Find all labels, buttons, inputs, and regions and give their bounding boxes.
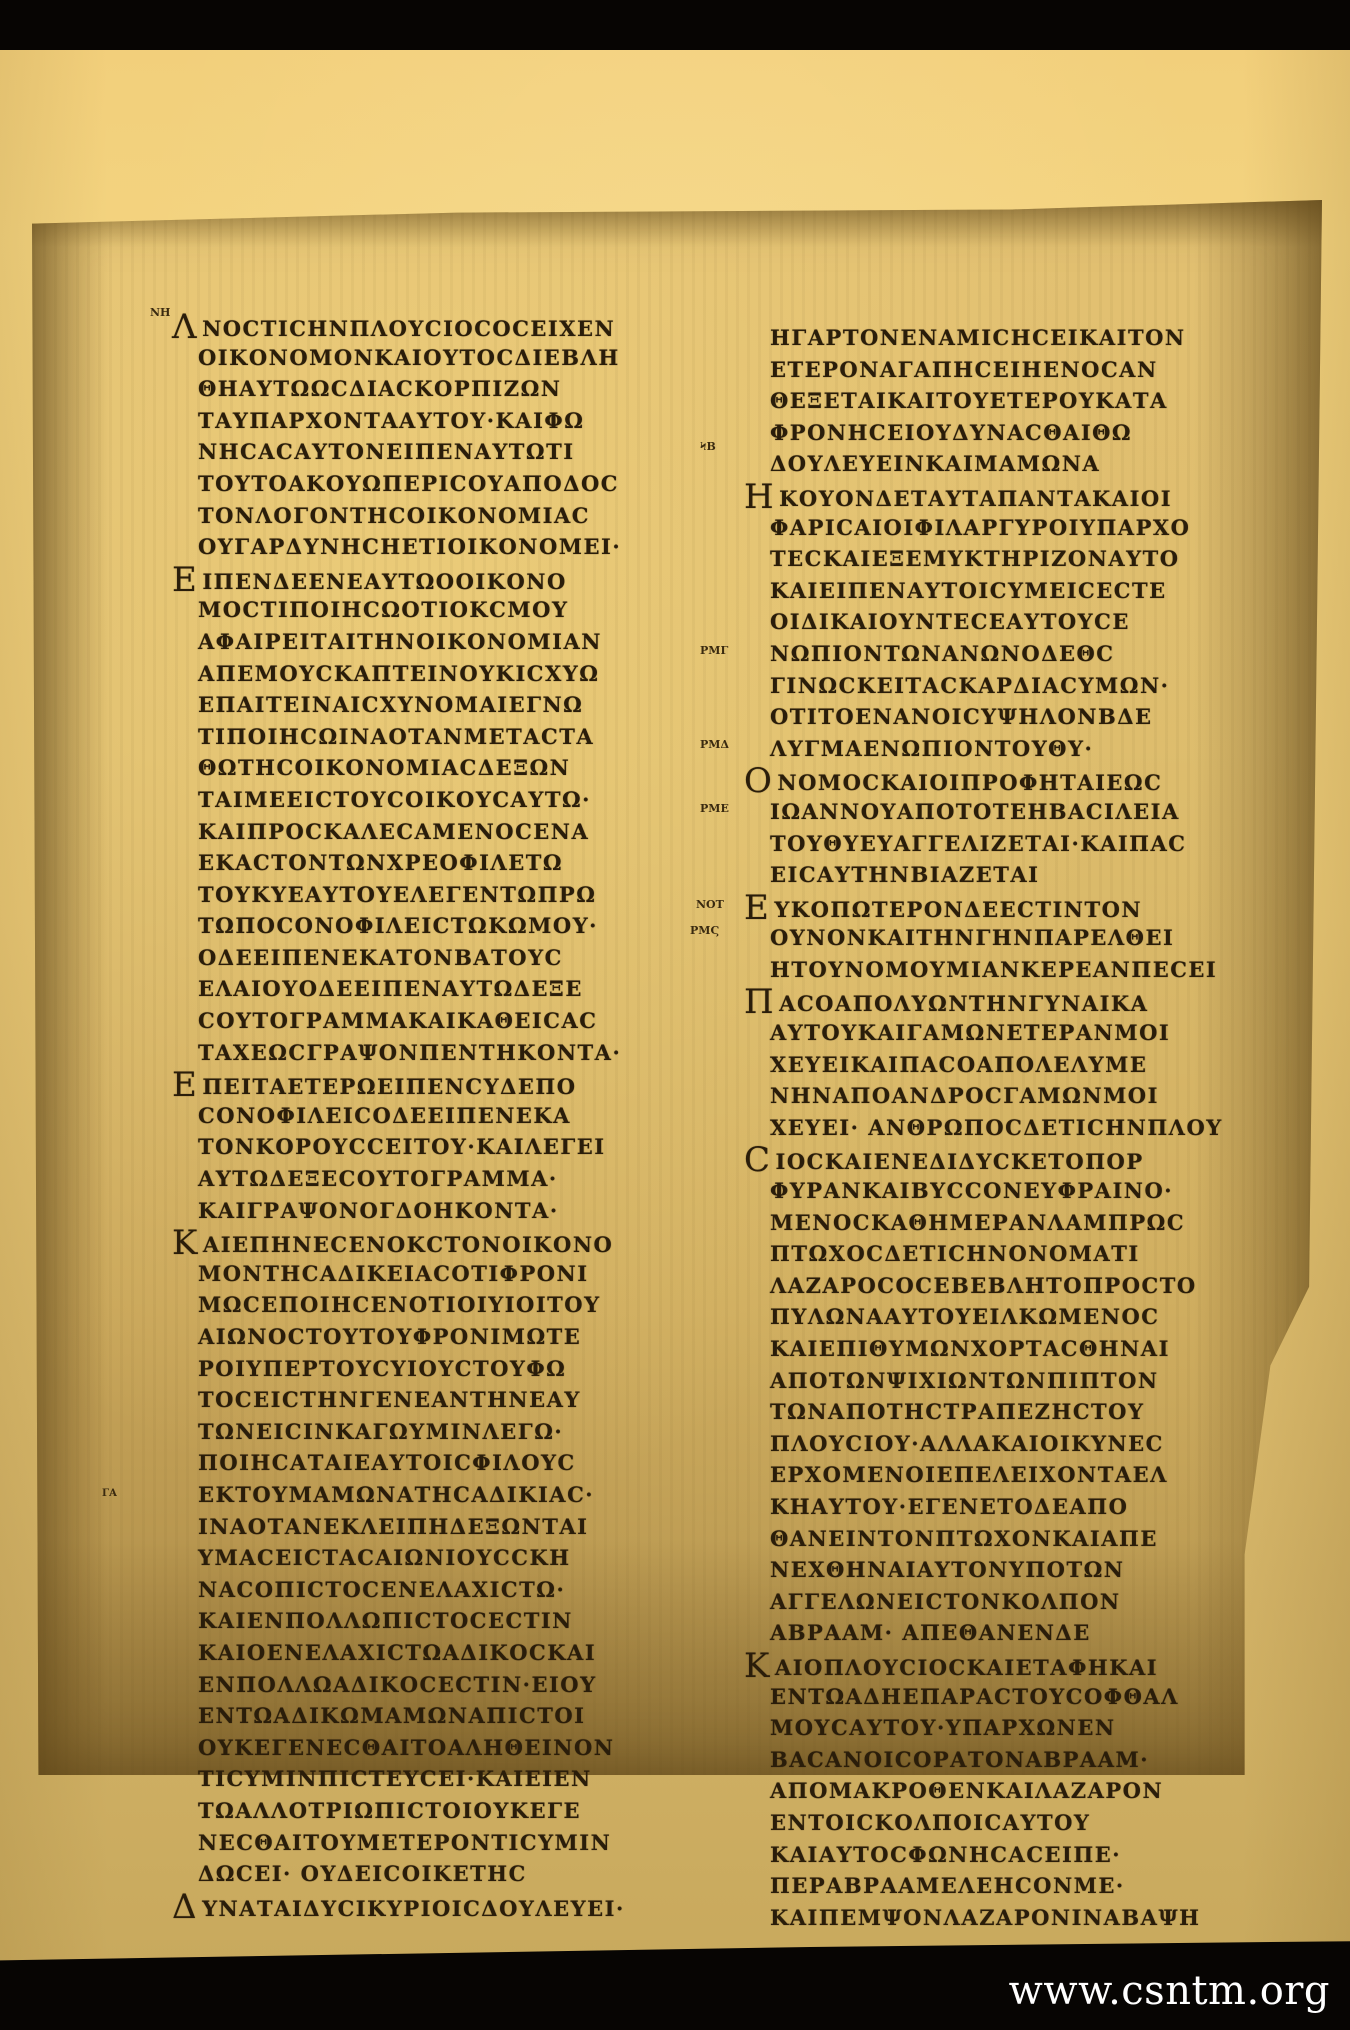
text-line: ΤΟCΕΙCΤΗΝΓΕΝΕΑΝΤΗΝΕΑΥ bbox=[198, 1384, 625, 1416]
line-text: ΤΟCΕΙCΤΗΝΓΕΝΕΑΝΤΗΝΕΑΥ bbox=[198, 1387, 581, 1412]
line-text: ΚΟΥΟΝΔΕΤΑΥΤΑΠΑΝΤΑΚΑΙΟΙ bbox=[779, 486, 1172, 511]
line-text: ΤΑΙΜΕΕΙCΤΟΥCΟΙΚΟΥCΑΥΤΩ· bbox=[198, 787, 591, 812]
line-text: ΟΥΝΟΝΚΑΙΤΗΝΓΗΝΠΑΡΕΛΘΕΙ bbox=[770, 925, 1174, 950]
text-line: ΤΟΝΚΟΡΟΥCCΕΙΤΟΥ·ΚΑΙΛΕΓΕΙ bbox=[198, 1131, 625, 1163]
line-text: ΟΥΚΕΓΕΝΕCΘΑΙΤΟΑΛΗΘΕΙΝΟΝ bbox=[198, 1735, 614, 1760]
line-text: ΘΗΑΥΤΩΩCΔΙΑCΚΟΡΠΙΖΩΝ bbox=[198, 376, 561, 401]
text-line: ΤΩΠΟCΟΝΟΦΙΛΕΙCΤΩΚΩΜΟΥ· bbox=[198, 910, 625, 942]
text-line: ΤΟΥΤΟΑΚΟΥΩΠΕΡΙCΟΥΑΠΟΔΟC bbox=[198, 468, 625, 500]
line-text: ΜΟΥCΑΥΤΟΥ·ΥΠΑΡΧΩΝΕΝ bbox=[770, 1715, 1116, 1740]
line-text: ΠΤΩΧΟCΔΕΤΙCΗΝΟΝΟΜΑΤΙ bbox=[770, 1241, 1140, 1266]
initial-letter: Δ bbox=[172, 1892, 198, 1924]
line-text: ΤΕCΚΑΙΕΞΕΜΥΚΤΗΡΙΖΟΝΑΥΤΟ bbox=[770, 546, 1180, 571]
line-text: ΕΚΑCΤΟΝΤΩΝΧΡΕΟΦΙΛΕΤΩ bbox=[198, 850, 563, 875]
text-line: ΧΕΥΕΙΚΑΙΠΑCΟΑΠΟΛΕΛΥΜΕ bbox=[770, 1049, 1223, 1081]
text-line: ΟΥΚΕΓΕΝΕCΘΑΙΤΟΑΛΗΘΕΙΝΟΝ bbox=[198, 1732, 625, 1764]
text-line: ΚΑΙΕΠΗΝΕCΕΝΟΚCΤΟΝΟΙΚΟΝΟ bbox=[172, 1226, 625, 1258]
text-line: ΛΑΖΑΡΟCΟCΕΒΕΒΛΗΤΟΠΡΟCΤΟ bbox=[770, 1270, 1223, 1302]
text-line: ΠΕΡΑΒΡΑΑΜΕΛΕΗCΟΝΜΕ· bbox=[770, 1870, 1223, 1902]
text-line: ΘΩΤΗCΟΙΚΟΝΟΜΙΑCΔΕΞΩΝ bbox=[198, 752, 625, 784]
line-text: ΚΑΙΕΝΠΟΛΛΩΠΙCΤΟCΕCΤΙΝ bbox=[198, 1608, 573, 1633]
text-line: ΡΟΙΥΠΕΡΤΟΥCΥΙΟΥCΤΟΥΦΩ bbox=[198, 1353, 625, 1385]
line-text: ΘΑΝΕΙΝΤΟΝΠΤΩΧΟΝΚΑΙΑΠΕ bbox=[770, 1526, 1158, 1551]
text-line: ΜΕΝΟCΚΑΘΗΜΕΡΑΝΛΑΜΠΡΩC bbox=[770, 1207, 1223, 1239]
text-line: ΑΓΓΕΛΩΝΕΙCΤΟΝΚΟΛΠΟΝ bbox=[770, 1586, 1223, 1618]
line-text: ΤΟΥΘΥΕΥΑΓΓΕΛΙΖΕΤΑΙ·ΚΑΙΠΑC bbox=[770, 831, 1187, 856]
initial-letter: Π bbox=[744, 987, 775, 1019]
line-text: ΠΛΟΥCΙΟΥ·ΑΛΛΑΚΑΙΟΙΚΥΝΕC bbox=[770, 1431, 1164, 1456]
line-text: ΠΟΙΗCΑΤΑΙΕΑΥΤΟΙCΦΙΛΟΥC bbox=[198, 1450, 576, 1475]
line-text: ΤΩΠΟCΟΝΟΦΙΛΕΙCΤΩΚΩΜΟΥ· bbox=[198, 913, 598, 938]
line-text: ΡΟΙΥΠΕΡΤΟΥCΥΙΟΥCΤΟΥΦΩ bbox=[198, 1356, 566, 1381]
text-line: ΘΕΞΕΤΑΙΚΑΙΤΟΥΕΤΕΡΟΥΚΑΤΑ bbox=[770, 385, 1223, 417]
line-text: ΑΠΕΜΟΥCΚΑΠΤΕΙΝΟΥΚΙCΧΥΩ bbox=[198, 661, 599, 686]
line-text: ΗΤΟΥΝΟΜΟΥΜΙΑΝΚΕΡΕΑΝΠΕCΕΙ bbox=[770, 957, 1217, 982]
line-text: ΚΑΙΠΕΜΨΟΝΛΑΖΑΡΟΝΙΝΑΒΑΨΗ bbox=[770, 1905, 1200, 1930]
line-text: ΕΝΤΩΑΔΙΚΩΜΑΜΩΝΑΠΙCΤΟΙ bbox=[198, 1703, 585, 1728]
line-text: ΕΙCΑΥΤΗΝΒΙΑΖΕΤΑΙ bbox=[770, 862, 1039, 887]
text-line: CΟΝΟΦΙΛΕΙCΟΔΕΕΙΠΕΝΕΚΑ bbox=[198, 1100, 625, 1132]
line-text: ΕΤΕΡΟΝΑΓΑΠΗCΕΙΗΕΝΟCΑΝ bbox=[770, 357, 1158, 382]
margin-section-number: ΝΟΤ bbox=[696, 898, 724, 911]
text-line: ΤΙΠΟΙΗCΩΙΝΑΟΤΑΝΜΕΤΑCΤΑ bbox=[198, 721, 625, 753]
text-line: ΕΙΠΕΝΔΕΕΝΕΑΥΤΩΟΟΙΚΟΝΟ bbox=[172, 563, 625, 595]
text-line: ΚΑΙΑΥΤΟCΦΩΝΗCΑCΕΙΠΕ· bbox=[770, 1839, 1223, 1871]
initial-letter: Λ bbox=[172, 312, 198, 344]
text-line: ΤΑΙΜΕΕΙCΤΟΥCΟΙΚΟΥCΑΥΤΩ· bbox=[198, 784, 625, 816]
text-line: ΝΕΧΘΗΝΑΙΑΥΤΟΝΥΠΟΤΩΝ bbox=[770, 1554, 1223, 1586]
line-text: ΧΕΥΕΙΚΑΙΠΑCΟΑΠΟΛΕΛΥΜΕ bbox=[770, 1052, 1147, 1077]
text-line: ΕΠΕΙΤΑΕΤΕΡΩΕΙΠΕΝCΥΔΕΠΟ bbox=[172, 1068, 625, 1100]
text-line: ΕΝΤΟΙCΚΟΛΠΟΙCΑΥΤΟΥ bbox=[770, 1807, 1223, 1839]
line-text: ΚΑΙΟΕΝΕΛΑΧΙCΤΩΑΔΙΚΟCΚΑΙ bbox=[198, 1640, 596, 1665]
line-text: ΠΕΡΑΒΡΑΑΜΕΛΕΗCΟΝΜΕ· bbox=[770, 1873, 1125, 1898]
line-text: ΕΝΤΟΙCΚΟΛΠΟΙCΑΥΤΟΥ bbox=[770, 1810, 1090, 1835]
text-line: ΕΠΑΙΤΕΙΝΑΙCΧΥΝΟΜΑΙΕΓΝΩ bbox=[198, 689, 625, 721]
line-text: ΧΕΥΕΙ· ΑΝΘΡΩΠΟCΔΕΤΙCΗΝΠΛΟΥ bbox=[770, 1115, 1223, 1140]
line-text: ΚΗΑΥΤΟΥ·ΕΓΕΝΕΤΟΔΕΑΠΟ bbox=[770, 1494, 1128, 1519]
text-line: ΑΒΡΑΑΜ· ΑΠΕΘΑΝΕΝΔΕ bbox=[770, 1617, 1223, 1649]
margin-section-number: ΡΜΓ bbox=[700, 644, 728, 657]
text-line: ΑΠΟΜΑΚΡΟΘΕΝΚΑΙΛΑΖΑΡΟΝ bbox=[770, 1775, 1223, 1807]
line-text: ΛΥΓΜΑΕΝΩΠΙΟΝΤΟΥΘΥ· bbox=[770, 736, 1093, 761]
text-line: ΝΕCΘΑΙΤΟΥΜΕΤΕΡΟΝΤΙCΥΜΙΝ bbox=[198, 1827, 625, 1859]
watermark-url: www.csntm.org bbox=[1009, 1968, 1330, 2014]
line-text: ΚΑΙΕΙΠΕΝΑΥΤΟΙCΥΜΕΙCΕCΤΕ bbox=[770, 578, 1167, 603]
text-line: ΘΑΝΕΙΝΤΟΝΠΤΩΧΟΝΚΑΙΑΠΕ bbox=[770, 1523, 1223, 1555]
text-line: ΚΑΙΠΡΟCΚΑΛΕCΑΜΕΝΟCΕΝΑ bbox=[198, 816, 625, 848]
line-text: ΑΠΟΤΩΝΨΙΧΙΩΝΤΩΝΠΙΠΤΟΝ bbox=[770, 1368, 1159, 1393]
line-text: ΥΝΑΤΑΙΔΥCΙΚΥΡΙΟΙCΔΟΥΛΕΥΕΙ· bbox=[202, 1896, 625, 1921]
text-line: ΟΝΟΜΟCΚΑΙΟΙΠΡΟΦΗΤΑΙΕΩC bbox=[744, 764, 1223, 796]
line-text: ΜΕΝΟCΚΑΘΗΜΕΡΑΝΛΑΜΠΡΩC bbox=[770, 1210, 1185, 1235]
text-line: ΛΝΟCΤΙCΗΝΠΛΟΥCΙΟCΟCΕΙΧΕΝ bbox=[172, 310, 625, 342]
text-line: ΑΦΑΙΡΕΙΤΑΙΤΗΝΟΙΚΟΝΟΜΙΑΝ bbox=[198, 626, 625, 658]
text-line: ΔΟΥΛΕΥΕΙΝΚΑΙΜΑΜΩΝΑ bbox=[770, 448, 1223, 480]
line-text: ΓΙΝΩCΚΕΙΤΑCΚΑΡΔΙΑCΥΜΩΝ· bbox=[770, 673, 1169, 698]
line-text: ΑΥΤΟΥΚΑΙΓΑΜΩΝΕΤΕΡΑΝΜΟΙ bbox=[770, 1020, 1170, 1045]
line-text: ΚΑΙΑΥΤΟCΦΩΝΗCΑCΕΙΠΕ· bbox=[770, 1842, 1121, 1867]
text-line: ΕΚΤΟΥΜΑΜΩΝΑΤΗCΑΔΙΚΙΑC· bbox=[198, 1479, 625, 1511]
line-text: ΙΟCΚΑΙΕΝΕΔΙΔΥCΚΕΤΟΠΟΡ bbox=[776, 1149, 1144, 1174]
initial-letter: Ε bbox=[744, 893, 770, 925]
line-text: ΔΩCΕΙ· ΟΥΔΕΙCΟΙΚΕΤΗC bbox=[198, 1861, 527, 1886]
text-line: ΤΩΝΑΠΟΤΗCΤΡΑΠΕΖΗCΤΟΥ bbox=[770, 1396, 1223, 1428]
line-text: ΝΗCΑCΑΥΤΟΝΕΙΠΕΝΑΥΤΩΤΙ bbox=[198, 439, 575, 464]
text-line: ΠΥΛΩΝΑΑΥΤΟΥΕΙΛΚΩΜΕΝΟC bbox=[770, 1301, 1223, 1333]
line-text: ΔΟΥΛΕΥΕΙΝΚΑΙΜΑΜΩΝΑ bbox=[770, 451, 1100, 476]
text-line: ΕΚΑCΤΟΝΤΩΝΧΡΕΟΦΙΛΕΤΩ bbox=[198, 847, 625, 879]
text-line: ΟΔΕΕΙΠΕΝΕΚΑΤΟΝΒΑΤΟΥC bbox=[198, 942, 625, 974]
text-line: ΚΑΙΕΝΠΟΛΛΩΠΙCΤΟCΕCΤΙΝ bbox=[198, 1605, 625, 1637]
line-text: ΑΥΤΩΔΕΞΕCΟΥΤΟΓΡΑΜΜΑ· bbox=[198, 1166, 558, 1191]
text-line: CΙΟCΚΑΙΕΝΕΔΙΔΥCΚΕΤΟΠΟΡ bbox=[744, 1143, 1223, 1175]
text-line: ΙΩΑΝΝΟΥΑΠΟΤΟΤΕΗΒΑCΙΛΕΙΑ bbox=[770, 796, 1223, 828]
text-line: ΗΤΟΥΝΟΜΟΥΜΙΑΝΚΕΡΕΑΝΠΕCΕΙ bbox=[770, 954, 1223, 986]
text-line: ΜΩCΕΠΟΙΗCΕΝΟΤΙΟΙΥΙΟΙΤΟΥ bbox=[198, 1289, 625, 1321]
line-text: ΟΙΔΙΚΑΙΟΥΝΤΕCΕΑΥΤΟΥCΕ bbox=[770, 609, 1130, 634]
line-text: ΕΛΑΙΟΥΟΔΕΕΙΠΕΝΑΥΤΩΔΕΞΕ bbox=[198, 976, 583, 1001]
line-text: ΟΥΓΑΡΔΥΝΗCΗΕΤΙΟΙΚΟΝΟΜΕΙ· bbox=[198, 534, 621, 559]
line-text: ΗΓΑΡΤΟΝΕΝΑΜΙCΗCΕΙΚΑΙΤΟΝ bbox=[770, 325, 1186, 350]
text-line: ΚΑΙΠΕΜΨΟΝΛΑΖΑΡΟΝΙΝΑΒΑΨΗ bbox=[770, 1902, 1223, 1934]
line-text: ΑΙΟΠΛΟΥCΙΟCΚΑΙΕΤΑΦΗΚΑΙ bbox=[775, 1655, 1158, 1680]
line-text: ΝΗΝΑΠΟΑΝΔΡΟCΓΑΜΩΝΜΟΙ bbox=[770, 1083, 1159, 1108]
text-line: ΚΑΙΕΠΙΘΥΜΩΝΧΟΡΤΑCΘΗΝΑΙ bbox=[770, 1333, 1223, 1365]
text-line: ΟΥΓΑΡΔΥΝΗCΗΕΤΙΟΙΚΟΝΟΜΕΙ· bbox=[198, 531, 625, 563]
text-line: ΝΩΠΙΟΝΤΩΝΑΝΩΝΟΔΕΘC bbox=[770, 638, 1223, 670]
line-text: ΑΠΟΜΑΚΡΟΘΕΝΚΑΙΛΑΖΑΡΟΝ bbox=[770, 1778, 1163, 1803]
text-line: ΕΡΧΟΜΕΝΟΙΕΠΕΛΕΙΧΟΝΤΑΕΛ bbox=[770, 1459, 1223, 1491]
line-text: ΟΙΚΟΝΟΜΟΝΚΑΙΟΥΤΟCΔΙΕΒΛΗ bbox=[198, 345, 620, 370]
margin-section-number: ΓΑ bbox=[102, 1488, 117, 1499]
margin-section-number: ϞΒ bbox=[700, 440, 716, 453]
text-line: ΤΟΥΚΥΕΑΥΤΟΥΕΛΕΓΕΝΤΩΠΡΩ bbox=[198, 879, 625, 911]
text-line: ΕΝΤΩΑΔΗΕΠΑΡΑCΤΟΥCΟΦΘΑΛ bbox=[770, 1681, 1223, 1713]
text-line: ΑΠΕΜΟΥCΚΑΠΤΕΙΝΟΥΚΙCΧΥΩ bbox=[198, 658, 625, 690]
line-text: ΝΩΠΙΟΝΤΩΝΑΝΩΝΟΔΕΘC bbox=[770, 641, 1115, 666]
line-text: ΙΠΕΝΔΕΕΝΕΑΥΤΩΟΟΙΚΟΝΟ bbox=[202, 569, 566, 594]
text-line: ΚΗΑΥΤΟΥ·ΕΓΕΝΕΤΟΔΕΑΠΟ bbox=[770, 1491, 1223, 1523]
text-line: ΕΝΠΟΛΛΩΑΔΙΚΟCΕCΤΙΝ·ΕΙΟΥ bbox=[198, 1669, 625, 1701]
line-text: ΙΩΑΝΝΟΥΑΠΟΤΟΤΕΗΒΑCΙΛΕΙΑ bbox=[770, 799, 1180, 824]
line-text: ΚΑΙΠΡΟCΚΑΛΕCΑΜΕΝΟCΕΝΑ bbox=[198, 819, 589, 844]
line-text: ΑΓΓΕΛΩΝΕΙCΤΟΝΚΟΛΠΟΝ bbox=[770, 1589, 1121, 1614]
margin-section-number: ΡΜϚ bbox=[690, 924, 719, 937]
text-line: ΕΥΚΟΠΩΤΕΡΟΝΔΕΕCΤΙΝΤΟΝ bbox=[744, 891, 1223, 923]
line-text: ΕΚΤΟΥΜΑΜΩΝΑΤΗCΑΔΙΚΙΑC· bbox=[198, 1482, 594, 1507]
text-line: ΠΟΙΗCΑΤΑΙΕΑΥΤΟΙCΦΙΛΟΥC bbox=[198, 1447, 625, 1479]
text-line: ΑΥΤΩΔΕΞΕCΟΥΤΟΓΡΑΜΜΑ· bbox=[198, 1163, 625, 1195]
line-text: ΒΑCΑΝΟΙCΟΡΑΤΟΝΑΒΡΑΑΜ· bbox=[770, 1747, 1149, 1772]
text-line: ΠΑCΟΑΠΟΛΥΩΝΤΗΝΓΥΝΑΙΚΑ bbox=[744, 985, 1223, 1017]
line-text: ΠΕΙΤΑΕΤΕΡΩΕΙΠΕΝCΥΔΕΠΟ bbox=[202, 1074, 576, 1099]
line-text: ΤΟΥΤΟΑΚΟΥΩΠΕΡΙCΟΥΑΠΟΔΟC bbox=[198, 471, 619, 496]
text-line: ΕΝΤΩΑΔΙΚΩΜΑΜΩΝΑΠΙCΤΟΙ bbox=[198, 1700, 625, 1732]
line-text: ΙΝΑΟΤΑΝΕΚΛΕΙΠΗΔΕΞΩΝΤΑΙ bbox=[198, 1514, 588, 1539]
text-line: ΘΗΑΥΤΩΩCΔΙΑCΚΟΡΠΙΖΩΝ bbox=[198, 373, 625, 405]
line-text: ΦΑΡΙCΑΙΟΙΦΙΛΑΡΓΥΡΟΙΥΠΑΡΧΟ bbox=[770, 515, 1190, 540]
line-text: ΑΦΑΙΡΕΙΤΑΙΤΗΝΟΙΚΟΝΟΜΙΑΝ bbox=[198, 629, 602, 654]
initial-letter: Κ bbox=[744, 1651, 771, 1683]
text-line: ΤΟΥΘΥΕΥΑΓΓΕΛΙΖΕΤΑΙ·ΚΑΙΠΑC bbox=[770, 828, 1223, 860]
line-text: ΘΩΤΗCΟΙΚΟΝΟΜΙΑCΔΕΞΩΝ bbox=[198, 755, 570, 780]
text-line: ΤΕCΚΑΙΕΞΕΜΥΚΤΗΡΙΖΟΝΑΥΤΟ bbox=[770, 543, 1223, 575]
text-line: ΧΕΥΕΙ· ΑΝΘΡΩΠΟCΔΕΤΙCΗΝΠΛΟΥ bbox=[770, 1112, 1223, 1144]
text-line: ΕΙCΑΥΤΗΝΒΙΑΖΕΤΑΙ bbox=[770, 859, 1223, 891]
left-text-column: ΛΝΟCΤΙCΗΝΠΛΟΥCΙΟCΟCΕΙΧΕΝΟΙΚΟΝΟΜΟΝΚΑΙΟΥΤΟ… bbox=[198, 310, 625, 1921]
line-text: ΑΙΩΝΟCΤΟΥΤΟΥΦΡΟΝΙΜΩΤΕ bbox=[198, 1324, 581, 1349]
line-text: ΤΩΑΛΛΟΤΡΙΩΠΙCΤΟΙΟΥΚΕΓΕ bbox=[198, 1798, 581, 1823]
margin-section-number: ΝΗ bbox=[150, 306, 170, 319]
line-text: ΝΟΜΟCΚΑΙΟΙΠΡΟΦΗΤΑΙΕΩC bbox=[777, 770, 1162, 795]
text-line: ΤΑΥΠΑΡΧΟΝΤΑΑΥΤΟΥ·ΚΑΙΦΩ bbox=[198, 405, 625, 437]
text-line: ΝΑCΟΠΙCΤΟCΕΝΕΛΑΧΙCΤΩ· bbox=[198, 1574, 625, 1606]
line-text: ΤΙCΥΜΙΝΠΙCΤΕΥCΕΙ·ΚΑΙΕΙΕΝ bbox=[198, 1766, 592, 1791]
line-text: ΑΙΕΠΗΝΕCΕΝΟΚCΤΟΝΟΙΚΟΝΟ bbox=[203, 1232, 613, 1257]
text-line: ΛΥΓΜΑΕΝΩΠΙΟΝΤΟΥΘΥ· bbox=[770, 733, 1223, 765]
text-line: ΜΟΝΤΗCΑΔΙΚΕΙΑCΟΤΙΦΡΟΝΙ bbox=[198, 1258, 625, 1290]
text-line: ΗΚΟΥΟΝΔΕΤΑΥΤΑΠΑΝΤΑΚΑΙΟΙ bbox=[744, 480, 1223, 512]
text-line: ΗΓΑΡΤΟΝΕΝΑΜΙCΗCΕΙΚΑΙΤΟΝ bbox=[770, 322, 1223, 354]
line-text: ΝΑCΟΠΙCΤΟCΕΝΕΛΑΧΙCΤΩ· bbox=[198, 1577, 565, 1602]
line-text: CΟΥΤΟΓΡΑΜΜΑΚΑΙΚΑΘΕΙCΑC bbox=[198, 1008, 597, 1033]
initial-letter: Ο bbox=[744, 766, 773, 798]
initial-letter: Ε bbox=[172, 565, 198, 597]
text-line: ΟΙΚΟΝΟΜΟΝΚΑΙΟΥΤΟCΔΙΕΒΛΗ bbox=[198, 342, 625, 374]
text-line: ΕΛΑΙΟΥΟΔΕΕΙΠΕΝΑΥΤΩΔΕΞΕ bbox=[198, 973, 625, 1005]
line-text: ΥΚΟΠΩΤΕΡΟΝΔΕΕCΤΙΝΤΟΝ bbox=[774, 897, 1142, 922]
text-line: ΔΥΝΑΤΑΙΔΥCΙΚΥΡΙΟΙCΔΟΥΛΕΥΕΙ· bbox=[172, 1890, 625, 1922]
line-text: ΟΔΕΕΙΠΕΝΕΚΑΤΟΝΒΑΤΟΥC bbox=[198, 945, 563, 970]
margin-section-number: ΡΜΔ bbox=[700, 738, 729, 751]
text-line: ΤΟΝΛΟΓΟΝΤΗCΟΙΚΟΝΟΜΙΑC bbox=[198, 500, 625, 532]
text-line: ΚΑΙΟΠΛΟΥCΙΟCΚΑΙΕΤΑΦΗΚΑΙ bbox=[744, 1649, 1223, 1681]
text-line: ΚΑΙΕΙΠΕΝΑΥΤΟΙCΥΜΕΙCΕCΤΕ bbox=[770, 575, 1223, 607]
text-line: ΙΝΑΟΤΑΝΕΚΛΕΙΠΗΔΕΞΩΝΤΑΙ bbox=[198, 1511, 625, 1543]
line-text: ΥΜΑCΕΙCΤΑCΑΙΩΝΙΟΥCCΚΗ bbox=[198, 1545, 571, 1570]
text-line: ΜΟΥCΑΥΤΟΥ·ΥΠΑΡΧΩΝΕΝ bbox=[770, 1712, 1223, 1744]
line-text: ΝΕΧΘΗΝΑΙΑΥΤΟΝΥΠΟΤΩΝ bbox=[770, 1557, 1124, 1582]
text-line: ΓΙΝΩCΚΕΙΤΑCΚΑΡΔΙΑCΥΜΩΝ· bbox=[770, 670, 1223, 702]
text-line: ΠΤΩΧΟCΔΕΤΙCΗΝΟΝΟΜΑΤΙ bbox=[770, 1238, 1223, 1270]
line-text: ΛΑΖΑΡΟCΟCΕΒΕΒΛΗΤΟΠΡΟCΤΟ bbox=[770, 1273, 1197, 1298]
line-text: ΤΟΥΚΥΕΑΥΤΟΥΕΛΕΓΕΝΤΩΠΡΩ bbox=[198, 882, 596, 907]
text-line: ΒΑCΑΝΟΙCΟΡΑΤΟΝΑΒΡΑΑΜ· bbox=[770, 1744, 1223, 1776]
initial-letter: Η bbox=[744, 482, 775, 514]
line-text: ΤΑΥΠΑΡΧΟΝΤΑΑΥΤΟΥ·ΚΑΙΦΩ bbox=[198, 408, 584, 433]
right-text-column: ΗΓΑΡΤΟΝΕΝΑΜΙCΗCΕΙΚΑΙΤΟΝΕΤΕΡΟΝΑΓΑΠΗCΕΙΗΕΝ… bbox=[770, 322, 1223, 1933]
line-text: ΚΑΙΕΠΙΘΥΜΩΝΧΟΡΤΑCΘΗΝΑΙ bbox=[770, 1336, 1170, 1361]
line-text: ΜΟCΤΙΠΟΙΗCΩΟΤΙΟΚCΜΟΥ bbox=[198, 597, 568, 622]
margin-section-number: ΡΜΕ bbox=[700, 802, 729, 815]
text-line: ΚΑΙΓΡΑΨΟΝΟΓΔΟΗΚΟΝΤΑ· bbox=[198, 1195, 625, 1227]
line-text: ΤΑΧΕΩCΓΡΑΨΟΝΠΕΝΤΗΚΟΝΤΑ· bbox=[198, 1040, 621, 1065]
line-text: ΤΩΝΑΠΟΤΗCΤΡΑΠΕΖΗCΤΟΥ bbox=[770, 1399, 1144, 1424]
text-line: ΤΑΧΕΩCΓΡΑΨΟΝΠΕΝΤΗΚΟΝΤΑ· bbox=[198, 1037, 625, 1069]
text-line: ΑΥΤΟΥΚΑΙΓΑΜΩΝΕΤΕΡΑΝΜΟΙ bbox=[770, 1017, 1223, 1049]
text-line: ΤΙCΥΜΙΝΠΙCΤΕΥCΕΙ·ΚΑΙΕΙΕΝ bbox=[198, 1763, 625, 1795]
line-text: ΝΕCΘΑΙΤΟΥΜΕΤΕΡΟΝΤΙCΥΜΙΝ bbox=[198, 1830, 611, 1855]
text-line: ΑΙΩΝΟCΤΟΥΤΟΥΦΡΟΝΙΜΩΤΕ bbox=[198, 1321, 625, 1353]
line-text: ΤΟΝΛΟΓΟΝΤΗCΟΙΚΟΝΟΜΙΑC bbox=[198, 503, 590, 528]
line-text: ΜΟΝΤΗCΑΔΙΚΕΙΑCΟΤΙΦΡΟΝΙ bbox=[198, 1261, 589, 1286]
initial-letter: Ε bbox=[172, 1070, 198, 1102]
text-line: ΟΥΝΟΝΚΑΙΤΗΝΓΗΝΠΑΡΕΛΘΕΙ bbox=[770, 922, 1223, 954]
initial-letter: C bbox=[744, 1145, 772, 1177]
line-text: ΑCΟΑΠΟΛΥΩΝΤΗΝΓΥΝΑΙΚΑ bbox=[779, 991, 1148, 1016]
line-text: ΚΑΙΓΡΑΨΟΝΟΓΔΟΗΚΟΝΤΑ· bbox=[198, 1198, 559, 1223]
line-text: ΕΝΤΩΑΔΗΕΠΑΡΑCΤΟΥCΟΦΘΑΛ bbox=[770, 1684, 1179, 1709]
text-line: ΝΗΝΑΠΟΑΝΔΡΟCΓΑΜΩΝΜΟΙ bbox=[770, 1080, 1223, 1112]
line-text: ΑΒΡΑΑΜ· ΑΠΕΘΑΝΕΝΔΕ bbox=[770, 1620, 1091, 1645]
line-text: CΟΝΟΦΙΛΕΙCΟΔΕΕΙΠΕΝΕΚΑ bbox=[198, 1103, 571, 1128]
text-line: ΤΩΑΛΛΟΤΡΙΩΠΙCΤΟΙΟΥΚΕΓΕ bbox=[198, 1795, 625, 1827]
text-line: ΕΤΕΡΟΝΑΓΑΠΗCΕΙΗΕΝΟCΑΝ bbox=[770, 354, 1223, 386]
text-line: ΝΗCΑCΑΥΤΟΝΕΙΠΕΝΑΥΤΩΤΙ bbox=[198, 436, 625, 468]
line-text: ΟΤΙΤΟΕΝΑΝΟΙCΥΨΗΛΟΝΒΔΕ bbox=[770, 704, 1153, 729]
text-line: ΠΛΟΥCΙΟΥ·ΑΛΛΑΚΑΙΟΙΚΥΝΕC bbox=[770, 1428, 1223, 1460]
line-text: ΕΝΠΟΛΛΩΑΔΙΚΟCΕCΤΙΝ·ΕΙΟΥ bbox=[198, 1672, 597, 1697]
text-line: ΜΟCΤΙΠΟΙΗCΩΟΤΙΟΚCΜΟΥ bbox=[198, 594, 625, 626]
line-text: ΠΥΛΩΝΑΑΥΤΟΥΕΙΛΚΩΜΕΝΟC bbox=[770, 1304, 1160, 1329]
line-text: ΦΡΟΝΗCΕΙΟΥΔΥΝΑCΘΑΙΘΩ bbox=[770, 420, 1132, 445]
text-line: ΦΥΡΑΝΚΑΙΒΥCCΟΝΕΥΦΡΑΙΝΟ· bbox=[770, 1175, 1223, 1207]
text-line: ΦΑΡΙCΑΙΟΙΦΙΛΑΡΓΥΡΟΙΥΠΑΡΧΟ bbox=[770, 512, 1223, 544]
text-line: CΟΥΤΟΓΡΑΜΜΑΚΑΙΚΑΘΕΙCΑC bbox=[198, 1005, 625, 1037]
text-line: ΟΙΔΙΚΑΙΟΥΝΤΕCΕΑΥΤΟΥCΕ bbox=[770, 606, 1223, 638]
line-text: ΤΙΠΟΙΗCΩΙΝΑΟΤΑΝΜΕΤΑCΤΑ bbox=[198, 724, 594, 749]
text-line: ΑΠΟΤΩΝΨΙΧΙΩΝΤΩΝΠΙΠΤΟΝ bbox=[770, 1365, 1223, 1397]
text-line: ΟΤΙΤΟΕΝΑΝΟΙCΥΨΗΛΟΝΒΔΕ bbox=[770, 701, 1223, 733]
text-line: ΤΩΝΕΙCΙΝΚΑΓΩΥΜΙΝΛΕΓΩ· bbox=[198, 1416, 625, 1448]
line-text: ΦΥΡΑΝΚΑΙΒΥCCΟΝΕΥΦΡΑΙΝΟ· bbox=[770, 1178, 1173, 1203]
photo-frame: ΛΝΟCΤΙCΗΝΠΛΟΥCΙΟCΟCΕΙΧΕΝΟΙΚΟΝΟΜΟΝΚΑΙΟΥΤΟ… bbox=[0, 0, 1350, 2030]
line-text: ΤΟΝΚΟΡΟΥCCΕΙΤΟΥ·ΚΑΙΛΕΓΕΙ bbox=[198, 1134, 606, 1159]
initial-letter: Κ bbox=[172, 1228, 199, 1260]
line-text: ΕΠΑΙΤΕΙΝΑΙCΧΥΝΟΜΑΙΕΓΝΩ bbox=[198, 692, 583, 717]
line-text: ΕΡΧΟΜΕΝΟΙΕΠΕΛΕΙΧΟΝΤΑΕΛ bbox=[770, 1462, 1168, 1487]
line-text: ΤΩΝΕΙCΙΝΚΑΓΩΥΜΙΝΛΕΓΩ· bbox=[198, 1419, 563, 1444]
line-text: ΝΟCΤΙCΗΝΠΛΟΥCΙΟCΟCΕΙΧΕΝ bbox=[202, 316, 615, 341]
text-line: ΥΜΑCΕΙCΤΑCΑΙΩΝΙΟΥCCΚΗ bbox=[198, 1542, 625, 1574]
text-line: ΚΑΙΟΕΝΕΛΑΧΙCΤΩΑΔΙΚΟCΚΑΙ bbox=[198, 1637, 625, 1669]
line-text: ΘΕΞΕΤΑΙΚΑΙΤΟΥΕΤΕΡΟΥΚΑΤΑ bbox=[770, 388, 1168, 413]
text-line: ΦΡΟΝΗCΕΙΟΥΔΥΝΑCΘΑΙΘΩ bbox=[770, 417, 1223, 449]
text-line: ΔΩCΕΙ· ΟΥΔΕΙCΟΙΚΕΤΗC bbox=[198, 1858, 625, 1890]
line-text: ΜΩCΕΠΟΙΗCΕΝΟΤΙΟΙΥΙΟΙΤΟΥ bbox=[198, 1292, 601, 1317]
